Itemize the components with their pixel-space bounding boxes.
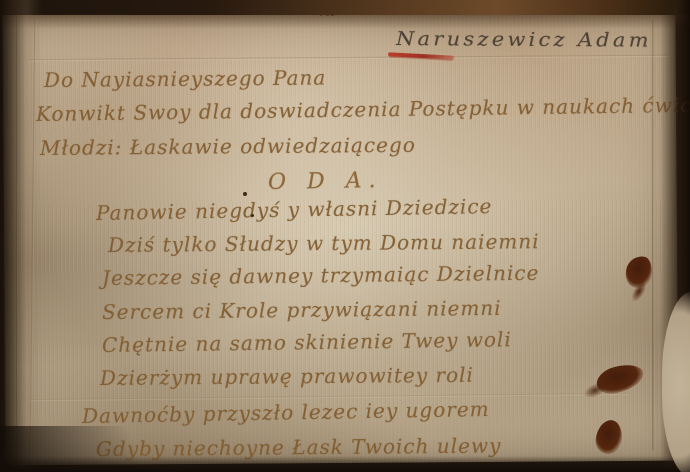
verse-line: Sercem ci Krole przywiązani niemni [102,296,502,324]
photo-top-edge [0,0,690,15]
photo-left-edge [0,0,42,472]
owner-inscription: Naruszewicz Adam [396,28,652,52]
dedication-line: Młodzi: Łaskawie odwiedzaiącego [40,133,416,160]
right-edge-crease [652,20,654,450]
verse-line: Dzierżym uprawę prawowitey roli [100,363,474,390]
ode-title: O D A. [268,168,383,195]
bottom-left-shadow [0,426,190,472]
verse-line: Dziś tylko Słudzy w tym Domu naiemni [108,229,540,257]
ink-dot [243,192,247,196]
ink-dot [251,214,254,217]
dedication-line: Do Nayiasnieyszego Pana [44,66,326,92]
photo-top-edge-shadow [0,15,690,29]
manuscript-photo: VII Naruszewicz Adam Do Nayiasnieyszego … [0,0,690,472]
